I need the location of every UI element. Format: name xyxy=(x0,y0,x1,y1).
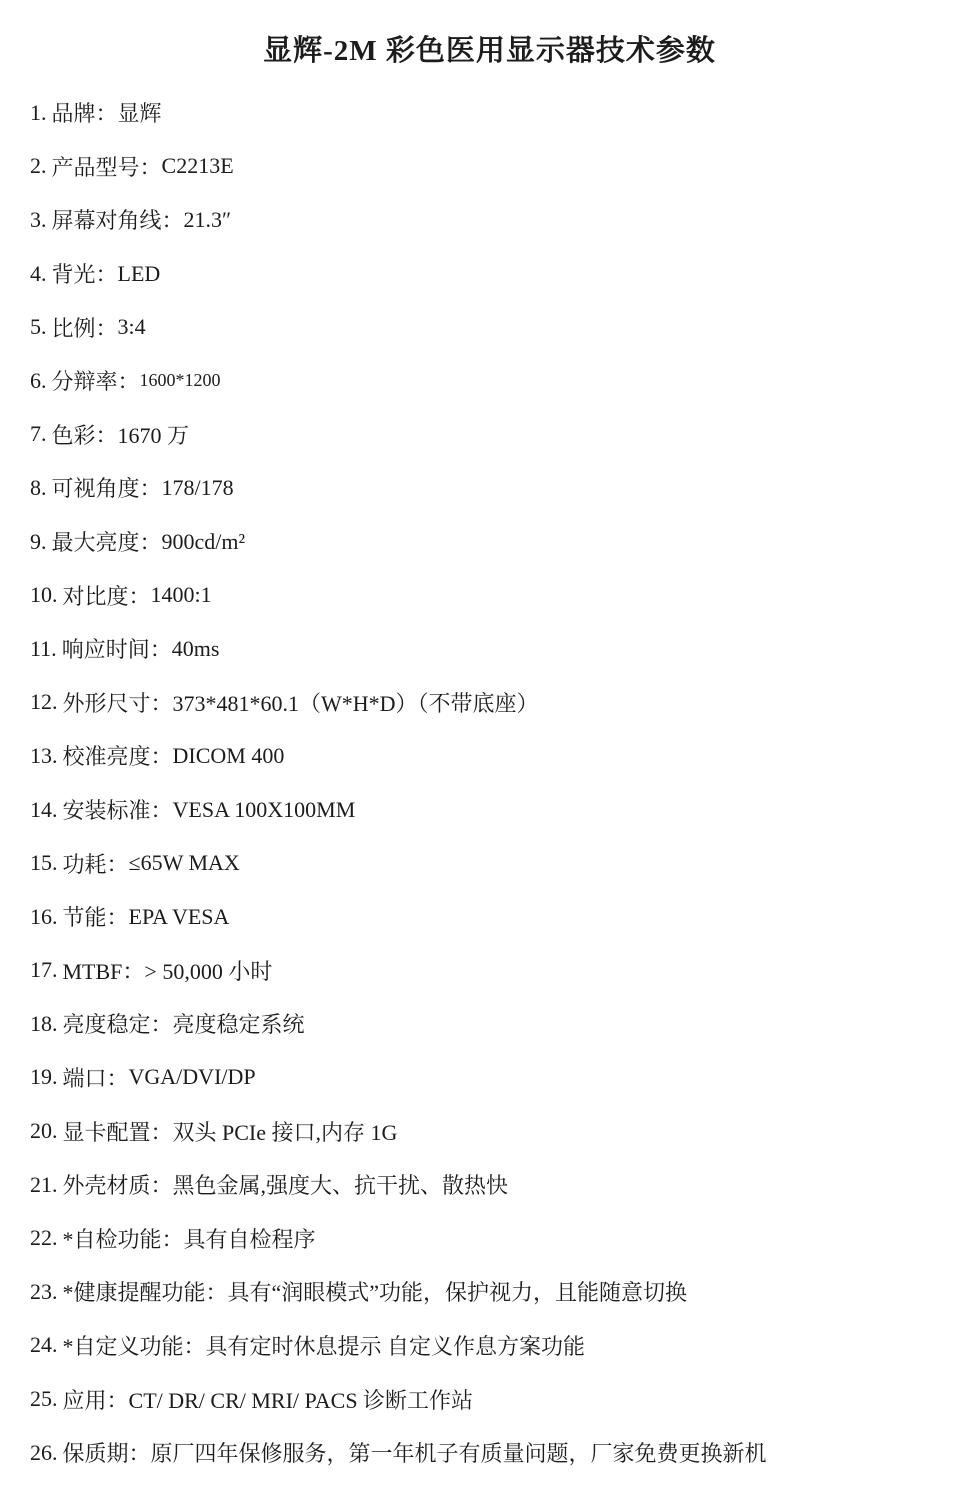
item-value: CT/ DR/ CR/ MRI/ PACS 诊断工作站 xyxy=(129,1384,474,1415)
spec-item: 13.校准亮度：DICOM 400 xyxy=(30,729,949,783)
item-value: 具有自检程序 xyxy=(184,1223,316,1254)
spec-item: 3.屏幕对角线：21.3″ xyxy=(30,193,949,247)
item-value: 1670 万 xyxy=(118,419,190,450)
item-label: 外形尺寸： xyxy=(63,687,173,718)
item-value: LED xyxy=(118,261,161,287)
spec-item: 11.响应时间：40ms xyxy=(30,622,949,676)
item-value: 178/178 xyxy=(162,475,234,501)
spec-item: 4.背光：LED xyxy=(30,247,949,301)
item-label: 端口： xyxy=(63,1062,129,1093)
spec-item: 16.节能：EPA VESA xyxy=(30,890,949,944)
item-value: 900cd/m² xyxy=(162,529,246,555)
item-number: 15. xyxy=(30,850,58,876)
spec-item: 22.*自检功能：具有自检程序 xyxy=(30,1211,949,1265)
item-label: 比例： xyxy=(52,312,118,343)
item-number: 16. xyxy=(30,904,58,930)
item-label: *健康提醒功能： xyxy=(63,1276,228,1307)
item-number: 5. xyxy=(30,314,47,340)
item-value: C2213E xyxy=(162,153,234,179)
item-value: 显辉 xyxy=(118,97,162,128)
item-value: 1600*1200 xyxy=(140,370,221,391)
item-number: 18. xyxy=(30,1011,58,1037)
item-number: 12. xyxy=(30,689,58,715)
item-number: 14. xyxy=(30,797,58,823)
item-number: 1. xyxy=(30,100,47,126)
item-value: VGA/DVI/DP xyxy=(129,1064,256,1090)
item-label: 可视角度： xyxy=(52,472,162,503)
item-label: 响应时间： xyxy=(62,633,172,664)
item-label: 品牌： xyxy=(52,97,118,128)
item-number: 26. xyxy=(30,1440,58,1466)
spec-item: 25.应用：CT/ DR/ CR/ MRI/ PACS 诊断工作站 xyxy=(30,1372,949,1426)
item-label: 背光： xyxy=(52,258,118,289)
spec-item: 19.端口：VGA/DVI/DP xyxy=(30,1051,949,1105)
spec-item: 20.显卡配置：双头 PCIe 接口,内存 1G xyxy=(30,1104,949,1158)
page-title: 显辉-2M 彩色医用显示器技术参数 xyxy=(30,32,949,70)
item-number: 13. xyxy=(30,743,58,769)
item-label: 外壳材质： xyxy=(63,1169,173,1200)
item-label: MTBF： xyxy=(63,955,145,986)
item-label: 节能： xyxy=(63,901,129,932)
spec-item: 21.外壳材质：黑色金属,强度大、抗干扰、散热快 xyxy=(30,1158,949,1212)
item-number: 20. xyxy=(30,1118,58,1144)
item-value: 373*481*60.1（W*H*D）（不带底座） xyxy=(173,687,539,718)
item-value: 40ms xyxy=(172,636,220,662)
spec-item: 26.保质期：原厂四年保修服务，第一年机子有质量问题，厂家免费更换新机 xyxy=(30,1426,949,1480)
item-value: 黑色金属,强度大、抗干扰、散热快 xyxy=(173,1169,509,1200)
item-label: 保质期： xyxy=(63,1437,151,1468)
item-value: 具有“润眼模式”功能，保护视力，且能随意切换 xyxy=(228,1276,688,1307)
item-number: 25. xyxy=(30,1386,58,1412)
spec-item: 15.功耗：≤65W MAX xyxy=(30,836,949,890)
item-value: 1400:1 xyxy=(151,582,212,608)
item-label: 安装标准： xyxy=(63,794,173,825)
item-number: 19. xyxy=(30,1064,58,1090)
spec-item: 2.产品型号：C2213E xyxy=(30,140,949,194)
spec-item: 14.安装标准：VESA 100X100MM xyxy=(30,783,949,837)
spec-list: 1.品牌：显辉2.产品型号：C2213E3.屏幕对角线：21.3″4.背光：LE… xyxy=(30,86,949,1479)
item-number: 21. xyxy=(30,1172,58,1198)
spec-item: 5.比例：3:4 xyxy=(30,300,949,354)
item-label: 对比度： xyxy=(63,580,151,611)
item-number: 2. xyxy=(30,153,47,179)
spec-item: 23.*健康提醒功能：具有“润眼模式”功能，保护视力，且能随意切换 xyxy=(30,1265,949,1319)
spec-item: 24.*自定义功能：具有定时休息提示 自定义作息方案功能 xyxy=(30,1319,949,1373)
item-number: 24. xyxy=(30,1332,58,1358)
spec-item: 17.MTBF：> 50,000 小时 xyxy=(30,944,949,998)
item-value: 21.3″ xyxy=(184,207,232,233)
spec-item: 12.外形尺寸：373*481*60.1（W*H*D）（不带底座） xyxy=(30,676,949,730)
item-value: 亮度稳定系统 xyxy=(173,1008,305,1039)
item-value: > 50,000 小时 xyxy=(144,955,272,986)
item-value: 具有定时休息提示 自定义作息方案功能 xyxy=(206,1330,586,1361)
spec-item: 18.亮度稳定：亮度稳定系统 xyxy=(30,997,949,1051)
item-number: 7. xyxy=(30,421,47,447)
item-label: *自检功能： xyxy=(63,1223,184,1254)
spec-item: 10.对比度：1400:1 xyxy=(30,568,949,622)
item-label: 产品型号： xyxy=(52,151,162,182)
item-value: 双头 PCIe 接口,内存 1G xyxy=(173,1116,398,1147)
item-number: 10. xyxy=(30,582,58,608)
spec-item: 7.色彩：1670 万 xyxy=(30,408,949,462)
item-number: 8. xyxy=(30,475,47,501)
item-number: 17. xyxy=(30,957,58,983)
item-number: 4. xyxy=(30,261,47,287)
item-label: 色彩： xyxy=(52,419,118,450)
item-label: *自定义功能： xyxy=(63,1330,206,1361)
item-number: 9. xyxy=(30,529,47,555)
item-value: 原厂四年保修服务，第一年机子有质量问题，厂家免费更换新机 xyxy=(151,1437,767,1468)
item-label: 屏幕对角线： xyxy=(52,204,184,235)
item-value: ≤65W MAX xyxy=(129,850,240,876)
spec-document: 显辉-2M 彩色医用显示器技术参数 1.品牌：显辉2.产品型号：C2213E3.… xyxy=(0,0,969,1510)
item-value: EPA VESA xyxy=(129,904,230,930)
item-number: 11. xyxy=(30,636,57,662)
item-number: 3. xyxy=(30,207,47,233)
spec-item: 1.品牌：显辉 xyxy=(30,86,949,140)
item-number: 23. xyxy=(30,1279,58,1305)
item-label: 校准亮度： xyxy=(63,740,173,771)
item-number: 22. xyxy=(30,1225,58,1251)
item-label: 显卡配置： xyxy=(63,1116,173,1147)
item-value: DICOM 400 xyxy=(173,743,285,769)
item-number: 6. xyxy=(30,368,47,394)
spec-item: 8.可视角度：178/178 xyxy=(30,461,949,515)
item-value: VESA 100X100MM xyxy=(173,797,356,823)
item-label: 最大亮度： xyxy=(52,526,162,557)
item-label: 亮度稳定： xyxy=(63,1008,173,1039)
spec-item: 6.分辩率：1600*1200 xyxy=(30,354,949,408)
item-label: 分辩率： xyxy=(52,365,140,396)
item-label: 应用： xyxy=(63,1384,129,1415)
item-value: 3:4 xyxy=(118,314,146,340)
item-label: 功耗： xyxy=(63,848,129,879)
spec-item: 9.最大亮度：900cd/m² xyxy=(30,515,949,569)
